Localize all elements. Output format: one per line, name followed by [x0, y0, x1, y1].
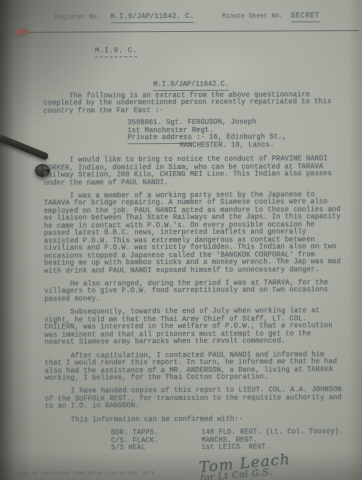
- confirmation-intro: This information can be confirmed with:-: [45, 416, 343, 425]
- red-ink-stamp: RED: [12, 26, 33, 39]
- subject-address-block: 3598061. Sgt. FERGUSON, Joseph 1st Manch…: [127, 120, 341, 151]
- body-paragraph: He also arranged, during the period I wa…: [44, 280, 342, 304]
- margin-quote-mark: ": [38, 167, 43, 176]
- document-heading-wrap: M.I.9/JAP/11642.C.: [43, 80, 339, 90]
- classification-marking: SECRET: [291, 12, 320, 22]
- document-body: The following is an extract from the abo…: [43, 92, 343, 453]
- register-no-label: Register No.: [55, 13, 101, 20]
- scanned-minute-sheet: Register No. M.I.9/JAP/11642. C. Minute …: [0, 0, 362, 480]
- body-paragraph: I was a member of a working party sent b…: [44, 192, 342, 276]
- body-paragraph: I would like to bring to notice the cond…: [44, 156, 342, 187]
- header-rule: [29, 30, 359, 33]
- originating-branch: M.I.9. C.: [95, 47, 137, 57]
- confirmation-name: S/S HEAL: [111, 445, 197, 453]
- body-paragraph: After capitulation, I contacted PAUL NAN…: [45, 352, 343, 383]
- register-no-value: M.I.9/JAP/11642. C.: [110, 13, 194, 23]
- form-header: Register No. M.I.9/JAP/11642. C. Minute …: [55, 12, 359, 24]
- body-paragraph: I have handed copies of this report to L…: [45, 388, 343, 412]
- printers-imprint: (B36) Wt.44613/1502 250M 10/44 C.&S.Co.L…: [15, 471, 154, 477]
- minute-sheet-label: Minute Sheet No.: [222, 12, 283, 19]
- body-paragraph: Subsequently, towards the end of July wh…: [44, 308, 342, 347]
- document-heading: M.I.9/JAP/11642.C.: [153, 81, 229, 91]
- confirmation-unit: 1st LEICS. REGT.: [201, 444, 270, 452]
- intro-paragraph: The following is an extract from the abo…: [43, 92, 341, 116]
- subject-city-line: MANCHESTER. 10, Lancs.: [179, 142, 341, 150]
